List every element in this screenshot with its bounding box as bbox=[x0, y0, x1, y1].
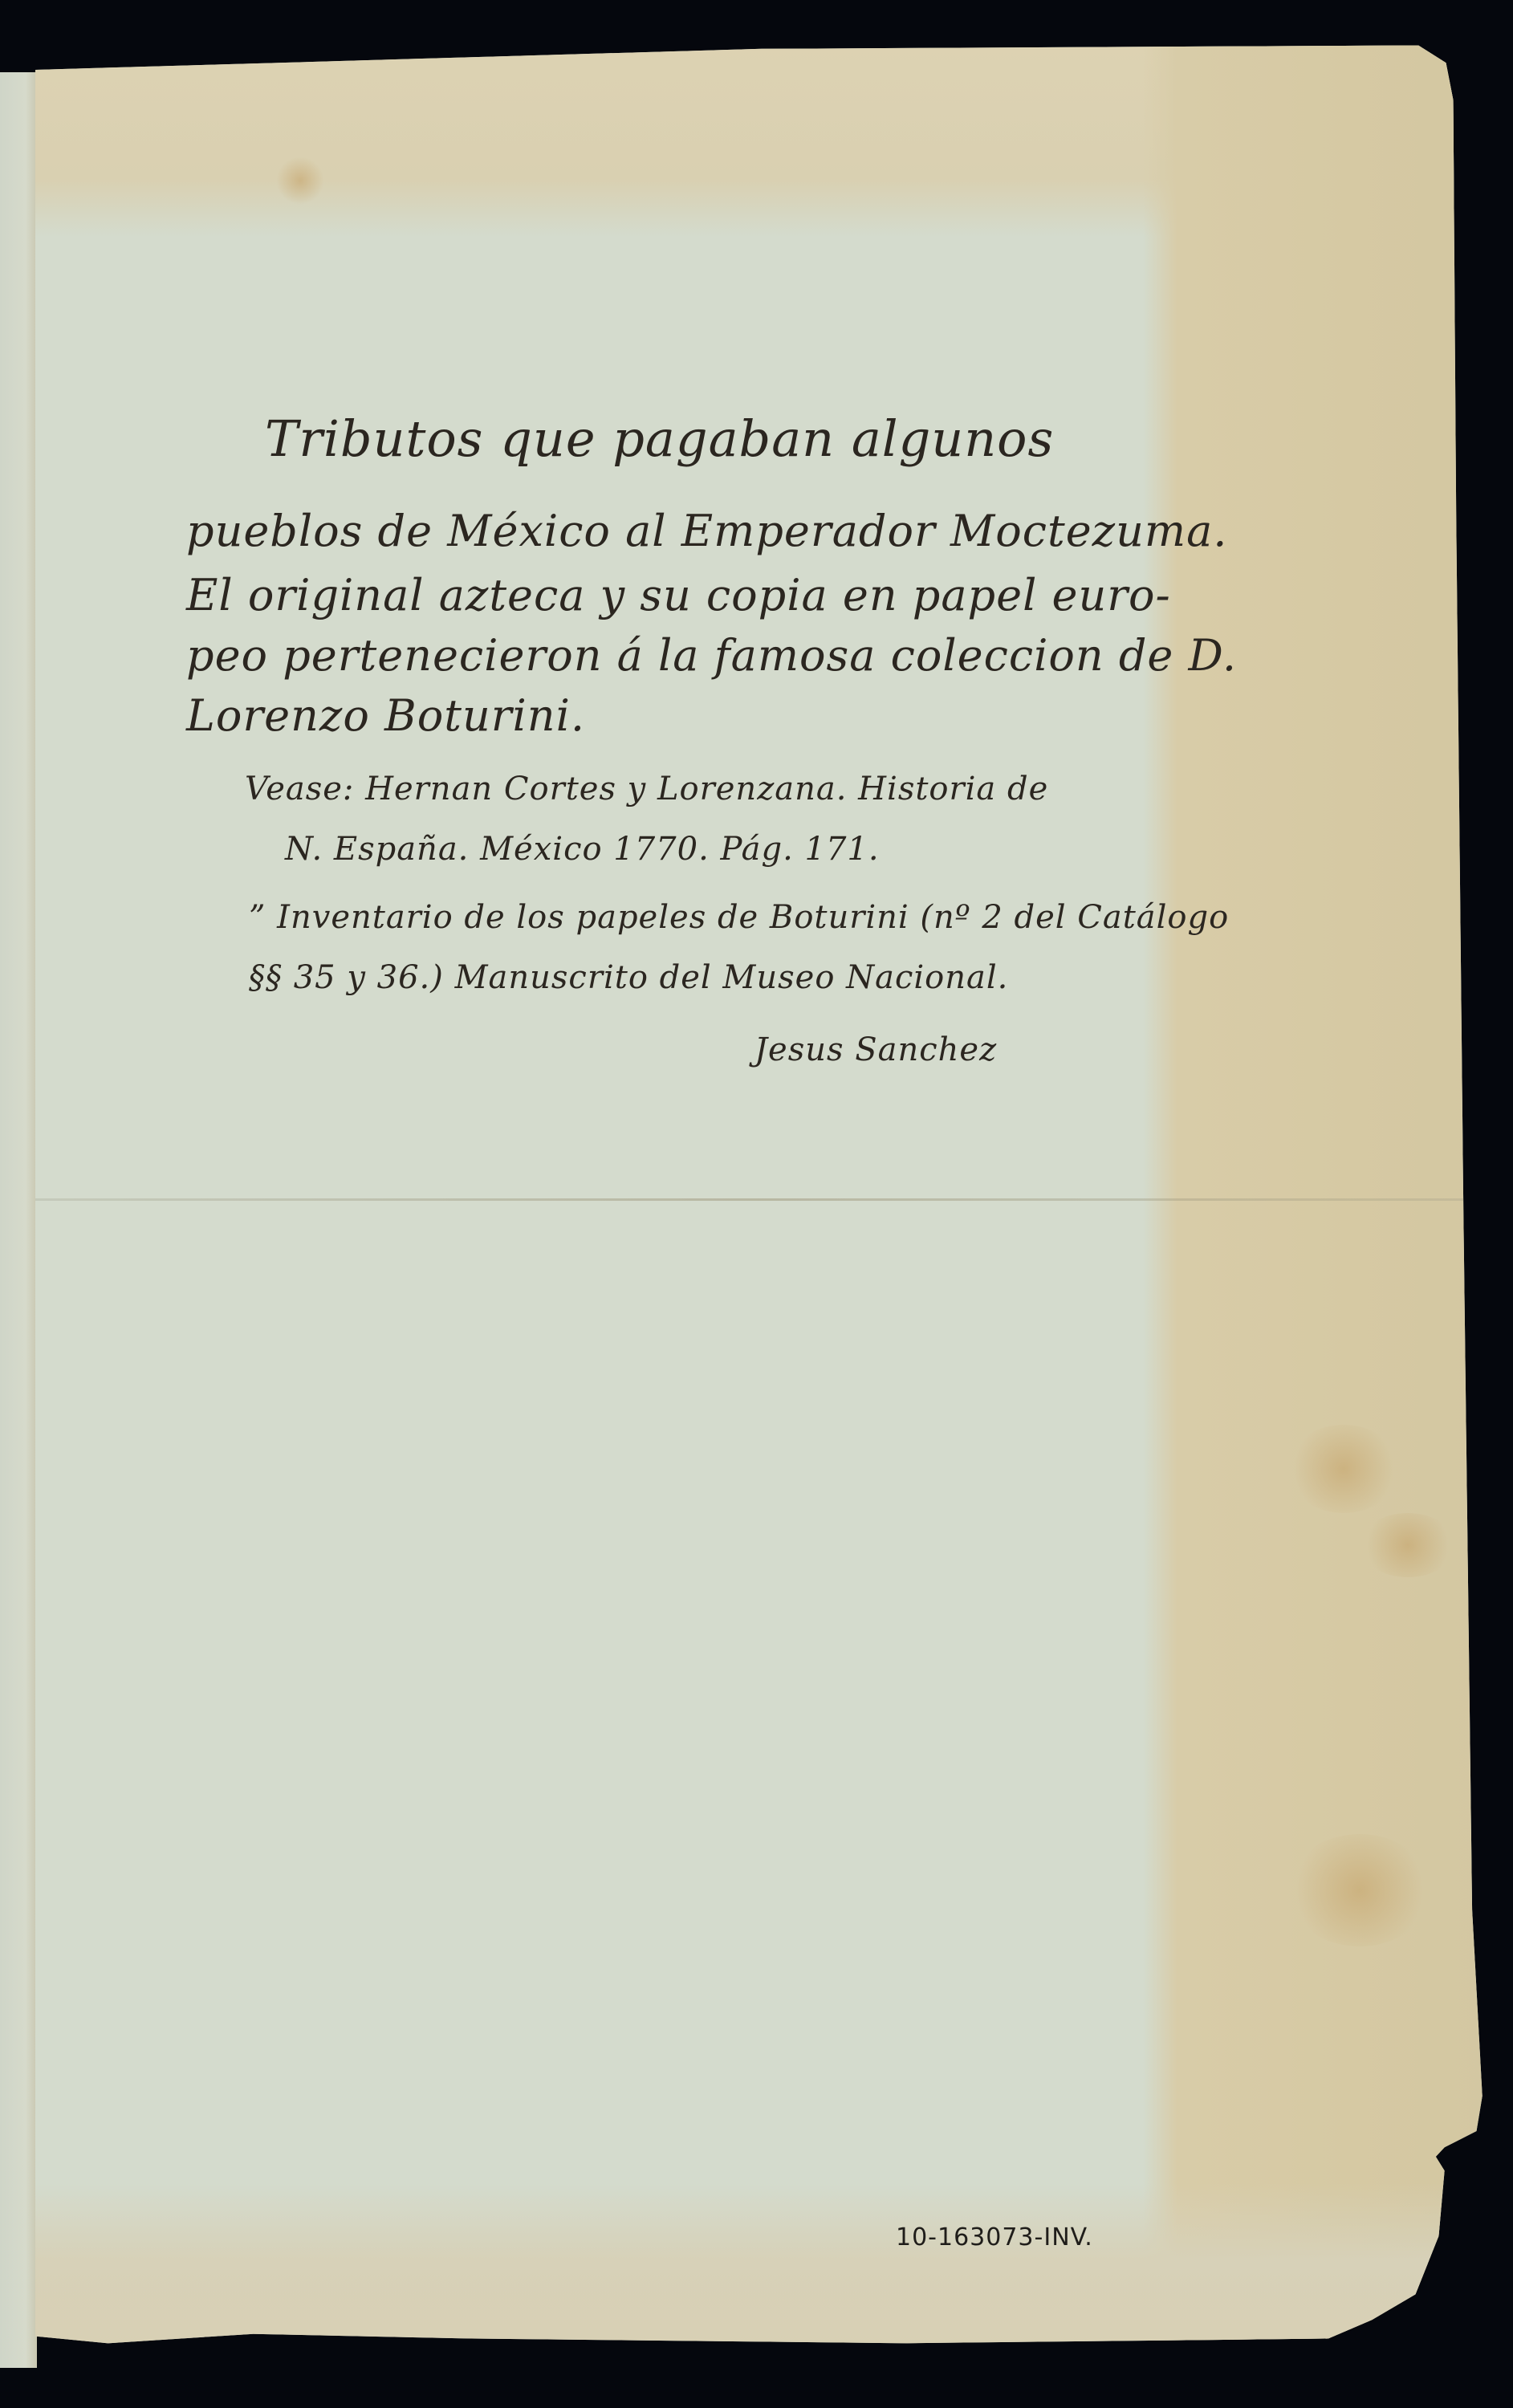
fold-crease bbox=[35, 1198, 1488, 1201]
reference-line: §§ 35 y 36.) Manuscrito del Museo Nacion… bbox=[249, 959, 1008, 996]
stain-spot bbox=[1287, 1834, 1432, 1946]
document-title: Tributos que pagaban algunos bbox=[265, 409, 1054, 468]
stain-spot bbox=[1287, 1425, 1400, 1513]
inventory-number: 10-163073-INV. bbox=[896, 2223, 1093, 2251]
reference-line: N. España. México 1770. Pág. 171. bbox=[285, 831, 880, 868]
right-stain bbox=[1143, 44, 1488, 2376]
body-line: El original azteca y su copia en papel e… bbox=[186, 570, 1171, 620]
reference-line: ” Inventario de los papeles de Boturini … bbox=[249, 899, 1229, 936]
scanned-manuscript-page: Tributos que pagaban algunos pueblos de … bbox=[0, 0, 1513, 2408]
reference-line: Vease: Hernan Cortes y Lorenzana. Histor… bbox=[245, 771, 1048, 807]
body-line: peo pertenecieron á la famosa coleccion … bbox=[186, 630, 1237, 681]
signature: Jesus Sanchez bbox=[754, 1031, 997, 1068]
previous-leaf-edge bbox=[0, 72, 37, 2368]
body-line: pueblos de México al Emperador Moctezuma… bbox=[186, 506, 1227, 556]
body-line: Lorenzo Boturini. bbox=[186, 690, 585, 741]
bottom-stain bbox=[35, 2183, 1488, 2376]
stain-spot bbox=[276, 157, 324, 205]
stain-spot bbox=[1360, 1513, 1456, 1577]
manuscript-leaf bbox=[35, 44, 1488, 2376]
